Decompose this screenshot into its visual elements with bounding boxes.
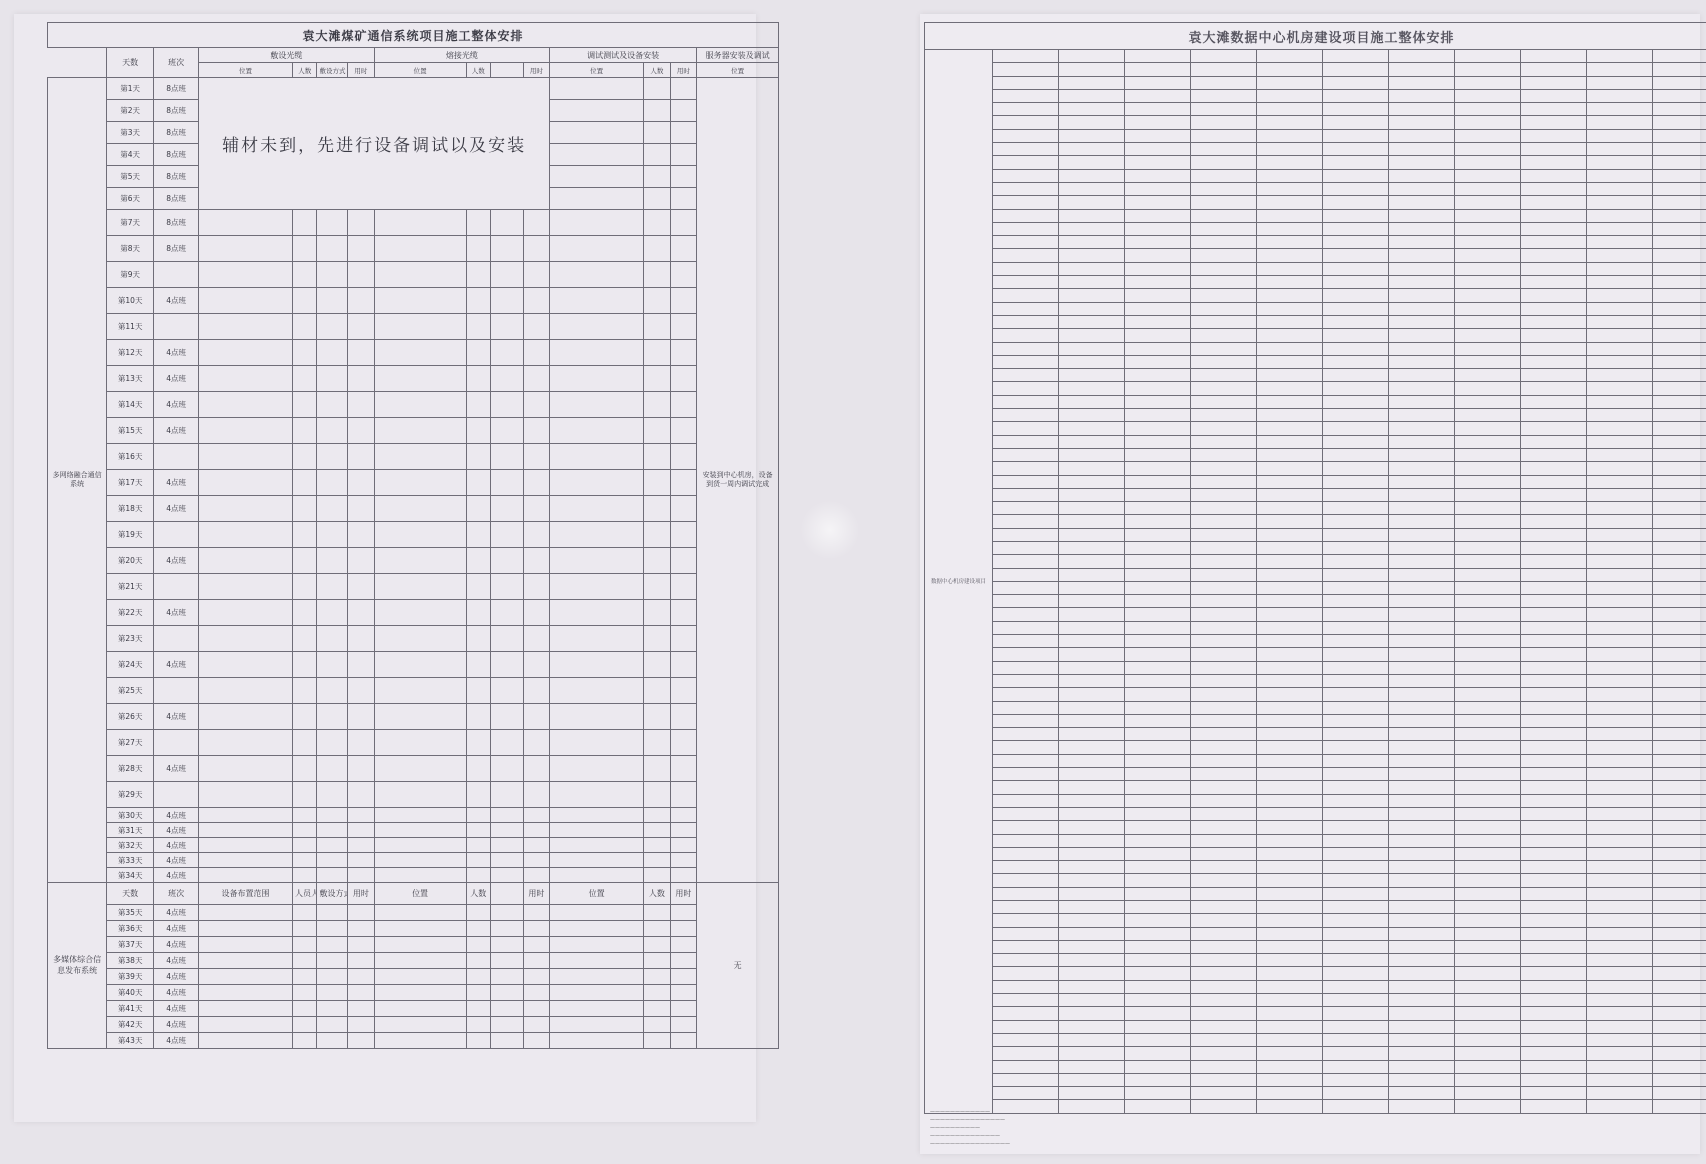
shift-cell [154, 730, 199, 756]
header-people: 人数 [644, 883, 671, 905]
table-row [925, 76, 1706, 89]
header-test-install: 调试测试及设备安装 [550, 48, 697, 63]
shift-cell [154, 262, 199, 288]
day-cell: 第38天 [107, 953, 154, 969]
day-cell: 第20天 [107, 548, 154, 574]
table-row: 第32天4点班 [48, 838, 779, 853]
shift-cell: 4点班 [154, 496, 199, 522]
header-location: 位置 [550, 883, 644, 905]
table-row: 第30天4点班 [48, 808, 779, 823]
shift-cell: 8点班 [154, 78, 199, 100]
table-row [925, 382, 1706, 395]
server-install-note: 安装到中心机房，设备到货一周内调试完成 [697, 78, 779, 883]
shift-cell [154, 678, 199, 704]
shift-cell [154, 314, 199, 340]
day-cell: 第19天 [107, 522, 154, 548]
header-location: 位置 [374, 883, 466, 905]
header-days: 天数 [107, 883, 154, 905]
table-row [925, 954, 1706, 967]
table-row: 第19天 [48, 522, 779, 548]
shift-cell: 4点班 [154, 905, 199, 921]
shift-cell: 8点班 [154, 210, 199, 236]
day-cell: 第39天 [107, 969, 154, 985]
table-row [925, 768, 1706, 781]
section-label: 多网络融合通信系统 [48, 78, 107, 883]
left-doc-title: 袁大滩煤矿通信系统项目施工整体安排 [48, 23, 779, 48]
table-row [925, 621, 1706, 634]
table-row [925, 688, 1706, 701]
shift-cell: 4点班 [154, 985, 199, 1001]
day-cell: 第30天 [107, 808, 154, 823]
shift-cell: 4点班 [154, 470, 199, 496]
day-cell: 第27天 [107, 730, 154, 756]
shift-cell: 4点班 [154, 418, 199, 444]
header-splice-cable: 熔接光缆 [374, 48, 550, 63]
day-cell: 第11天 [107, 314, 154, 340]
none-label: 无 [697, 883, 779, 1049]
day-cell: 第6天 [107, 188, 154, 210]
shift-cell: 4点班 [154, 704, 199, 730]
table-row [925, 555, 1706, 568]
table-row: 第42天 4点班 [48, 1017, 779, 1033]
table-row [925, 807, 1706, 820]
shift-cell: 8点班 [154, 166, 199, 188]
table-row [925, 714, 1706, 727]
shift-cell: 4点班 [154, 652, 199, 678]
day-cell: 第2天 [107, 100, 154, 122]
table-row [925, 967, 1706, 980]
footnotes: ————————————————————————————————————————… [930, 1108, 1010, 1148]
shift-cell: 8点班 [154, 100, 199, 122]
table-row [925, 395, 1706, 408]
subheader-method: 敷设方式 [317, 63, 348, 78]
table-row [925, 169, 1706, 182]
table-row: 第24天4点班 [48, 652, 779, 678]
right-doc-title: 袁大滩数据中心机房建设项目施工整体安排 [925, 23, 1706, 50]
day-cell: 第1天 [107, 78, 154, 100]
notice-text: 辅材未到，先进行设备调试以及安装 [199, 78, 550, 210]
day-cell: 第12天 [107, 340, 154, 366]
table-row [925, 116, 1706, 129]
subheader-people: 人数 [466, 63, 491, 78]
table-row: 第38天 4点班 [48, 953, 779, 969]
table-row [925, 541, 1706, 554]
subheader-people: 人数 [292, 63, 317, 78]
shift-cell [154, 522, 199, 548]
shift-cell: 4点班 [154, 853, 199, 868]
day-cell: 第22天 [107, 600, 154, 626]
shift-cell: 4点班 [154, 1017, 199, 1033]
shift-cell: 4点班 [154, 921, 199, 937]
table-row [925, 901, 1706, 914]
day-cell: 第15天 [107, 418, 154, 444]
table-row: 第29天 [48, 782, 779, 808]
table-row [925, 236, 1706, 249]
table-row [925, 515, 1706, 528]
header-server-install: 服务器安装及调试 [697, 48, 779, 63]
day-cell: 第8天 [107, 236, 154, 262]
header-time: 用时 [348, 883, 375, 905]
table-row: 第13天4点班 [48, 366, 779, 392]
header-shift: 班次 [154, 48, 199, 78]
shift-cell: 4点班 [154, 868, 199, 883]
day-cell: 第7天 [107, 210, 154, 236]
table-row [925, 435, 1706, 448]
table-row: 第21天 [48, 574, 779, 600]
table-row [925, 1073, 1706, 1086]
table-row [925, 701, 1706, 714]
table-row [925, 994, 1706, 1007]
table-row: 第34天4点班 [48, 868, 779, 883]
table-row: 第36天 4点班 [48, 921, 779, 937]
table-row [925, 249, 1706, 262]
subheader-location: 位置 [697, 63, 779, 78]
table-row [925, 488, 1706, 501]
table-row [925, 940, 1706, 953]
section-label: 多媒体综合信息发布系统 [48, 883, 107, 1049]
subheader-time: 用时 [523, 63, 550, 78]
table-row [925, 262, 1706, 275]
table-row: 第27天 [48, 730, 779, 756]
table-row: 第39天 4点班 [48, 969, 779, 985]
table-row [925, 502, 1706, 515]
table-row: 第17天4点班 [48, 470, 779, 496]
table-row [925, 422, 1706, 435]
day-cell: 第13天 [107, 366, 154, 392]
shift-cell: 4点班 [154, 600, 199, 626]
table-row [925, 196, 1706, 209]
table-row [925, 409, 1706, 422]
table-row [925, 156, 1706, 169]
shift-cell: 4点班 [154, 756, 199, 782]
shift-cell: 4点班 [154, 808, 199, 823]
day-cell: 第36天 [107, 921, 154, 937]
day-cell: 第41天 [107, 1001, 154, 1017]
shift-cell: 4点班 [154, 392, 199, 418]
day-cell: 第34天 [107, 868, 154, 883]
table-row [925, 528, 1706, 541]
table-row [925, 63, 1706, 76]
table-row: 第11天 [48, 314, 779, 340]
table-row [925, 728, 1706, 741]
day-cell: 第42天 [107, 1017, 154, 1033]
right-document-sheet: 袁大滩数据中心机房建设项目施工整体安排 数据中心机房建设项目 —————————… [920, 14, 1700, 1154]
header-people: 人员人数 [292, 883, 317, 905]
day-cell: 第25天 [107, 678, 154, 704]
subheader-location: 位置 [199, 63, 293, 78]
table-row [925, 1033, 1706, 1046]
day-cell: 第26天 [107, 704, 154, 730]
table-row [925, 1047, 1706, 1060]
header-shift: 班次 [154, 883, 199, 905]
day-cell: 第18天 [107, 496, 154, 522]
shift-cell: 4点班 [154, 969, 199, 985]
table-row [925, 1007, 1706, 1020]
shift-cell: 4点班 [154, 288, 199, 314]
table-row [925, 927, 1706, 940]
table-row: 第16天 [48, 444, 779, 470]
table-row: 第33天4点班 [48, 853, 779, 868]
day-cell: 第43天 [107, 1033, 154, 1049]
day-cell: 第5天 [107, 166, 154, 188]
shift-cell: 4点班 [154, 340, 199, 366]
table-row: 第18天4点班 [48, 496, 779, 522]
table-row: 第28天4点班 [48, 756, 779, 782]
table-row [925, 222, 1706, 235]
category-label: 数据中心机房建设项目 [925, 50, 993, 1114]
day-cell: 第32天 [107, 838, 154, 853]
shift-cell [154, 626, 199, 652]
table-row [925, 980, 1706, 993]
table-row [925, 129, 1706, 142]
subheader-time: 用时 [348, 63, 375, 78]
shift-cell: 4点班 [154, 937, 199, 953]
table-row [925, 462, 1706, 475]
table-row [925, 608, 1706, 621]
day-cell: 第4天 [107, 144, 154, 166]
day-cell: 第14天 [107, 392, 154, 418]
shift-cell [154, 782, 199, 808]
shift-cell: 4点班 [154, 838, 199, 853]
table-row [925, 781, 1706, 794]
table-row: 第40天 4点班 [48, 985, 779, 1001]
table-row [925, 794, 1706, 807]
table-row [925, 914, 1706, 927]
day-cell: 第21天 [107, 574, 154, 600]
table-row: 第35天 4点班 [48, 905, 779, 921]
day-cell: 第28天 [107, 756, 154, 782]
subheader-people: 人数 [644, 63, 671, 78]
table-row [925, 1100, 1706, 1113]
table-row: 第41天 4点班 [48, 1001, 779, 1017]
day-cell: 第10天 [107, 288, 154, 314]
table-row: 第10天4点班 [48, 288, 779, 314]
table-row [925, 475, 1706, 488]
header-time: 用时 [523, 883, 550, 905]
table-row [925, 887, 1706, 900]
header-days: 天数 [107, 48, 154, 78]
table-row: 第8天8点班 [48, 236, 779, 262]
table-row: 第37天 4点班 [48, 937, 779, 953]
table-row [925, 209, 1706, 222]
table-row [925, 89, 1706, 102]
table-row [925, 635, 1706, 648]
shift-cell: 4点班 [154, 823, 199, 838]
table-row: 第9天 [48, 262, 779, 288]
table-row [925, 1087, 1706, 1100]
light-glare [800, 500, 860, 560]
table-row: 第7天8点班 [48, 210, 779, 236]
table-row [925, 834, 1706, 847]
table-row: 第26天4点班 [48, 704, 779, 730]
table-row: 第15天4点班 [48, 418, 779, 444]
header-time: 用时 [670, 883, 697, 905]
table-row: 第22天4点班 [48, 600, 779, 626]
day-cell: 第3天 [107, 122, 154, 144]
table-row [925, 847, 1706, 860]
table-row [925, 355, 1706, 368]
header-method: 敷设方式 [317, 883, 348, 905]
shift-cell: 4点班 [154, 1001, 199, 1017]
shift-cell: 4点班 [154, 953, 199, 969]
table-row [925, 821, 1706, 834]
table-row: 第25天 [48, 678, 779, 704]
table-row [925, 581, 1706, 594]
datacenter-schedule-table: 袁大滩数据中心机房建设项目施工整体安排 数据中心机房建设项目 [924, 22, 1706, 1114]
day-cell: 第33天 [107, 853, 154, 868]
table-row [925, 103, 1706, 116]
table-row: 第31天4点班 [48, 823, 779, 838]
table-row [925, 315, 1706, 328]
table-row [925, 754, 1706, 767]
table-row [925, 648, 1706, 661]
table-row [925, 448, 1706, 461]
table-row [925, 289, 1706, 302]
shift-cell: 8点班 [154, 144, 199, 166]
table-row [925, 329, 1706, 342]
day-cell: 第16天 [107, 444, 154, 470]
table-row [925, 302, 1706, 315]
table-row: 数据中心机房建设项目 [925, 50, 1706, 63]
table-row: 第12天4点班 [48, 340, 779, 366]
header-lay-cable: 敷设光缆 [199, 48, 375, 63]
table-row [925, 1020, 1706, 1033]
table-row [925, 276, 1706, 289]
header-area: 设备布置范围 [199, 883, 293, 905]
table-row: 第23天 [48, 626, 779, 652]
day-cell: 第37天 [107, 937, 154, 953]
table-row: 第14天4点班 [48, 392, 779, 418]
table-row [925, 674, 1706, 687]
header-people: 人数 [466, 883, 491, 905]
table-row [925, 661, 1706, 674]
subheader-time: 用时 [670, 63, 697, 78]
shift-cell: 4点班 [154, 366, 199, 392]
day-cell: 第35天 [107, 905, 154, 921]
table-row [925, 861, 1706, 874]
left-document-sheet: 袁大滩煤矿通信系统项目施工整体安排 天数 班次 敷设光缆 熔接光缆 调试测试及设… [14, 14, 756, 1122]
table-row: 第43天 4点班 [48, 1033, 779, 1049]
day-cell: 第9天 [107, 262, 154, 288]
day-cell: 第17天 [107, 470, 154, 496]
table-row [925, 1060, 1706, 1073]
table-row [925, 874, 1706, 887]
table-row: 多网络融合通信系统第1天8点班辅材未到，先进行设备调试以及安装安装到中心机房，设… [48, 78, 779, 100]
communication-schedule-table: 袁大滩煤矿通信系统项目施工整体安排 天数 班次 敷设光缆 熔接光缆 调试测试及设… [47, 22, 779, 1049]
shift-cell: 4点班 [154, 548, 199, 574]
shift-cell: 4点班 [154, 1033, 199, 1049]
day-cell: 第24天 [107, 652, 154, 678]
table-row [925, 741, 1706, 754]
shift-cell: 8点班 [154, 122, 199, 144]
subheader-location: 位置 [550, 63, 644, 78]
table-row [925, 595, 1706, 608]
table-row [925, 143, 1706, 156]
day-cell: 第31天 [107, 823, 154, 838]
shift-cell: 8点班 [154, 236, 199, 262]
table-row [925, 369, 1706, 382]
day-cell: 第23天 [107, 626, 154, 652]
day-cell: 第40天 [107, 985, 154, 1001]
subheader-location: 位置 [374, 63, 466, 78]
shift-cell [154, 574, 199, 600]
day-cell: 第29天 [107, 782, 154, 808]
table-row: 第20天4点班 [48, 548, 779, 574]
table-row [925, 568, 1706, 581]
table-row [925, 182, 1706, 195]
shift-cell [154, 444, 199, 470]
table-row [925, 342, 1706, 355]
shift-cell: 8点班 [154, 188, 199, 210]
